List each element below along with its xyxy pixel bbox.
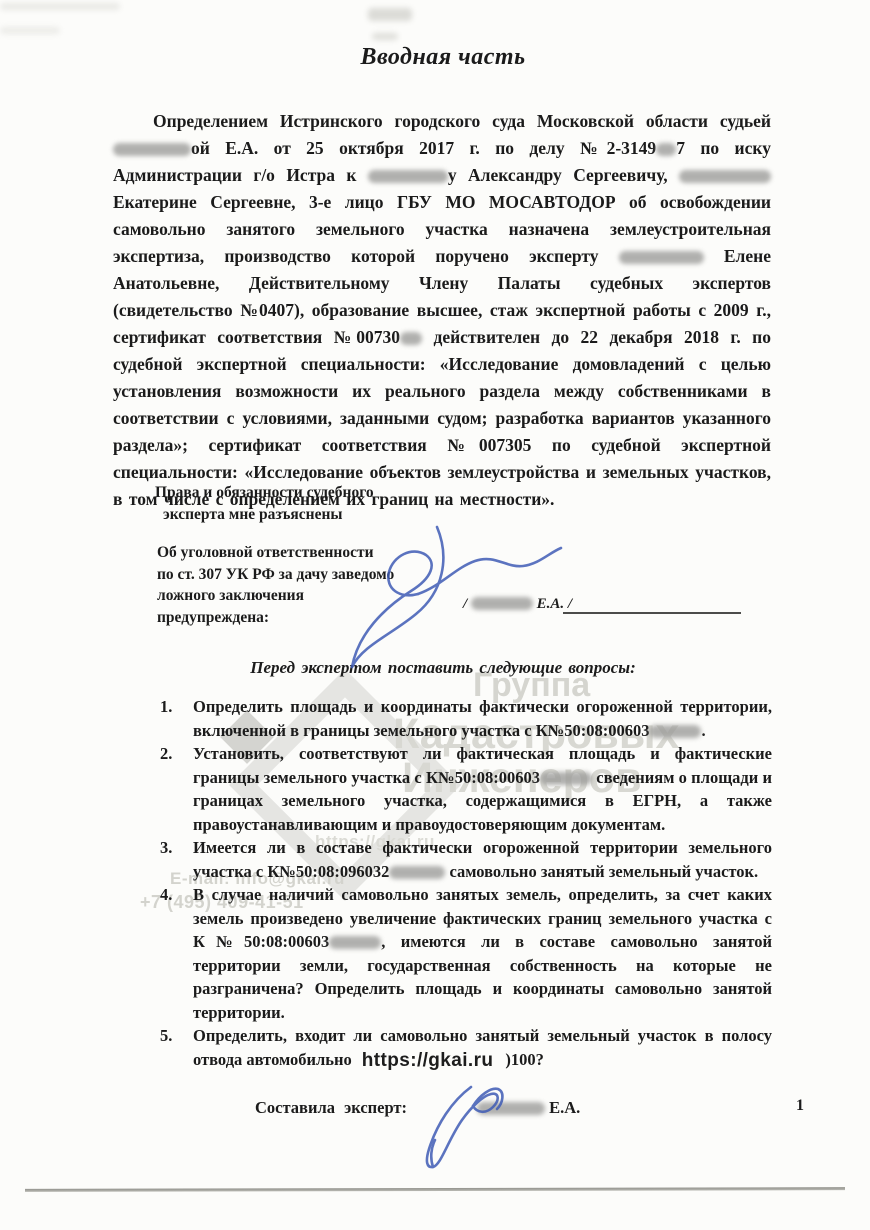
scan-artifact	[372, 33, 398, 40]
questions-list: 1.Определить площадь и координаты фактич…	[160, 695, 772, 1071]
redacted-text	[656, 143, 676, 156]
intro-paragraph: Определением Истринского городского суда…	[113, 108, 771, 513]
redacted-text	[649, 725, 701, 738]
question-item: 1.Определить площадь и координаты фактич…	[160, 695, 772, 742]
scan-artifact	[0, 3, 120, 10]
redacted-text	[679, 170, 771, 183]
question-text: Определить площадь и координаты фактичес…	[193, 695, 772, 742]
redacted-text	[389, 866, 445, 879]
redacted-text	[400, 332, 422, 345]
question-number: 3.	[160, 836, 193, 883]
criminal-liability-warning: Об уголовной ответственности по ст. 307 …	[157, 542, 394, 628]
question-text: Установить, соответствуют ли фактическая…	[193, 742, 772, 836]
signature-underline	[563, 612, 741, 614]
warning-line2: по ст. 307 УК РФ за дачу заведомо	[157, 564, 394, 586]
question-item: 3.Имеется ли в составе фактически огорож…	[160, 836, 772, 883]
expert-rights-line2: эксперта мне разъяснены	[163, 504, 374, 526]
question-text: Имеется ли в составе фактически огорожен…	[193, 836, 772, 883]
question-number: 1.	[160, 695, 193, 742]
question-item: 4.В случае наличий самовольно занятых зе…	[160, 883, 772, 1024]
redacted-text	[329, 936, 381, 949]
redacted-text	[540, 772, 592, 785]
expert-name-footer: Е.А.	[477, 1098, 580, 1118]
warning-line4: предупреждена:	[157, 607, 394, 629]
expert-rights-note: Права и обязанности судебного эксперта м…	[155, 482, 374, 526]
expert-rights-line1: Права и обязанности судебного	[155, 482, 374, 504]
question-number: 5.	[160, 1024, 193, 1071]
redacted-text	[368, 170, 448, 183]
expert-name-after-signature: / Е.А. /	[463, 595, 572, 613]
question-item: 2.Установить, соответствуют ли фактическ…	[160, 742, 772, 836]
composed-by-label: Составила эксперт:	[255, 1098, 407, 1118]
warning-line1: Об уголовной ответственности	[157, 542, 394, 564]
question-text: В случае наличий самовольно занятых земе…	[193, 883, 772, 1024]
redacted-text	[471, 597, 533, 610]
scanned-document-page: Группа Кадастровых Инженеров https://gka…	[0, 0, 870, 1230]
document-title: Вводная часть	[113, 44, 773, 71]
question-item: 5.Определить, входит ли самовольно занят…	[160, 1024, 772, 1071]
redacted-text	[619, 251, 704, 264]
redacted-text	[113, 143, 191, 156]
question-text: Определить, входит ли самовольно занятый…	[193, 1024, 772, 1071]
watermark-url-dark: https://gkai.ru	[362, 1049, 494, 1073]
question-number: 2.	[160, 742, 193, 836]
bottom-page-rule	[25, 1187, 845, 1192]
warning-line3: ложного заключения	[157, 585, 394, 607]
scan-artifact	[0, 27, 60, 34]
scan-artifact	[368, 8, 412, 21]
redacted-text	[477, 1102, 545, 1115]
page-number: 1	[796, 1097, 804, 1115]
questions-heading: Перед экспертом поставить следующие вопр…	[113, 658, 773, 678]
question-number: 4.	[160, 883, 193, 1024]
